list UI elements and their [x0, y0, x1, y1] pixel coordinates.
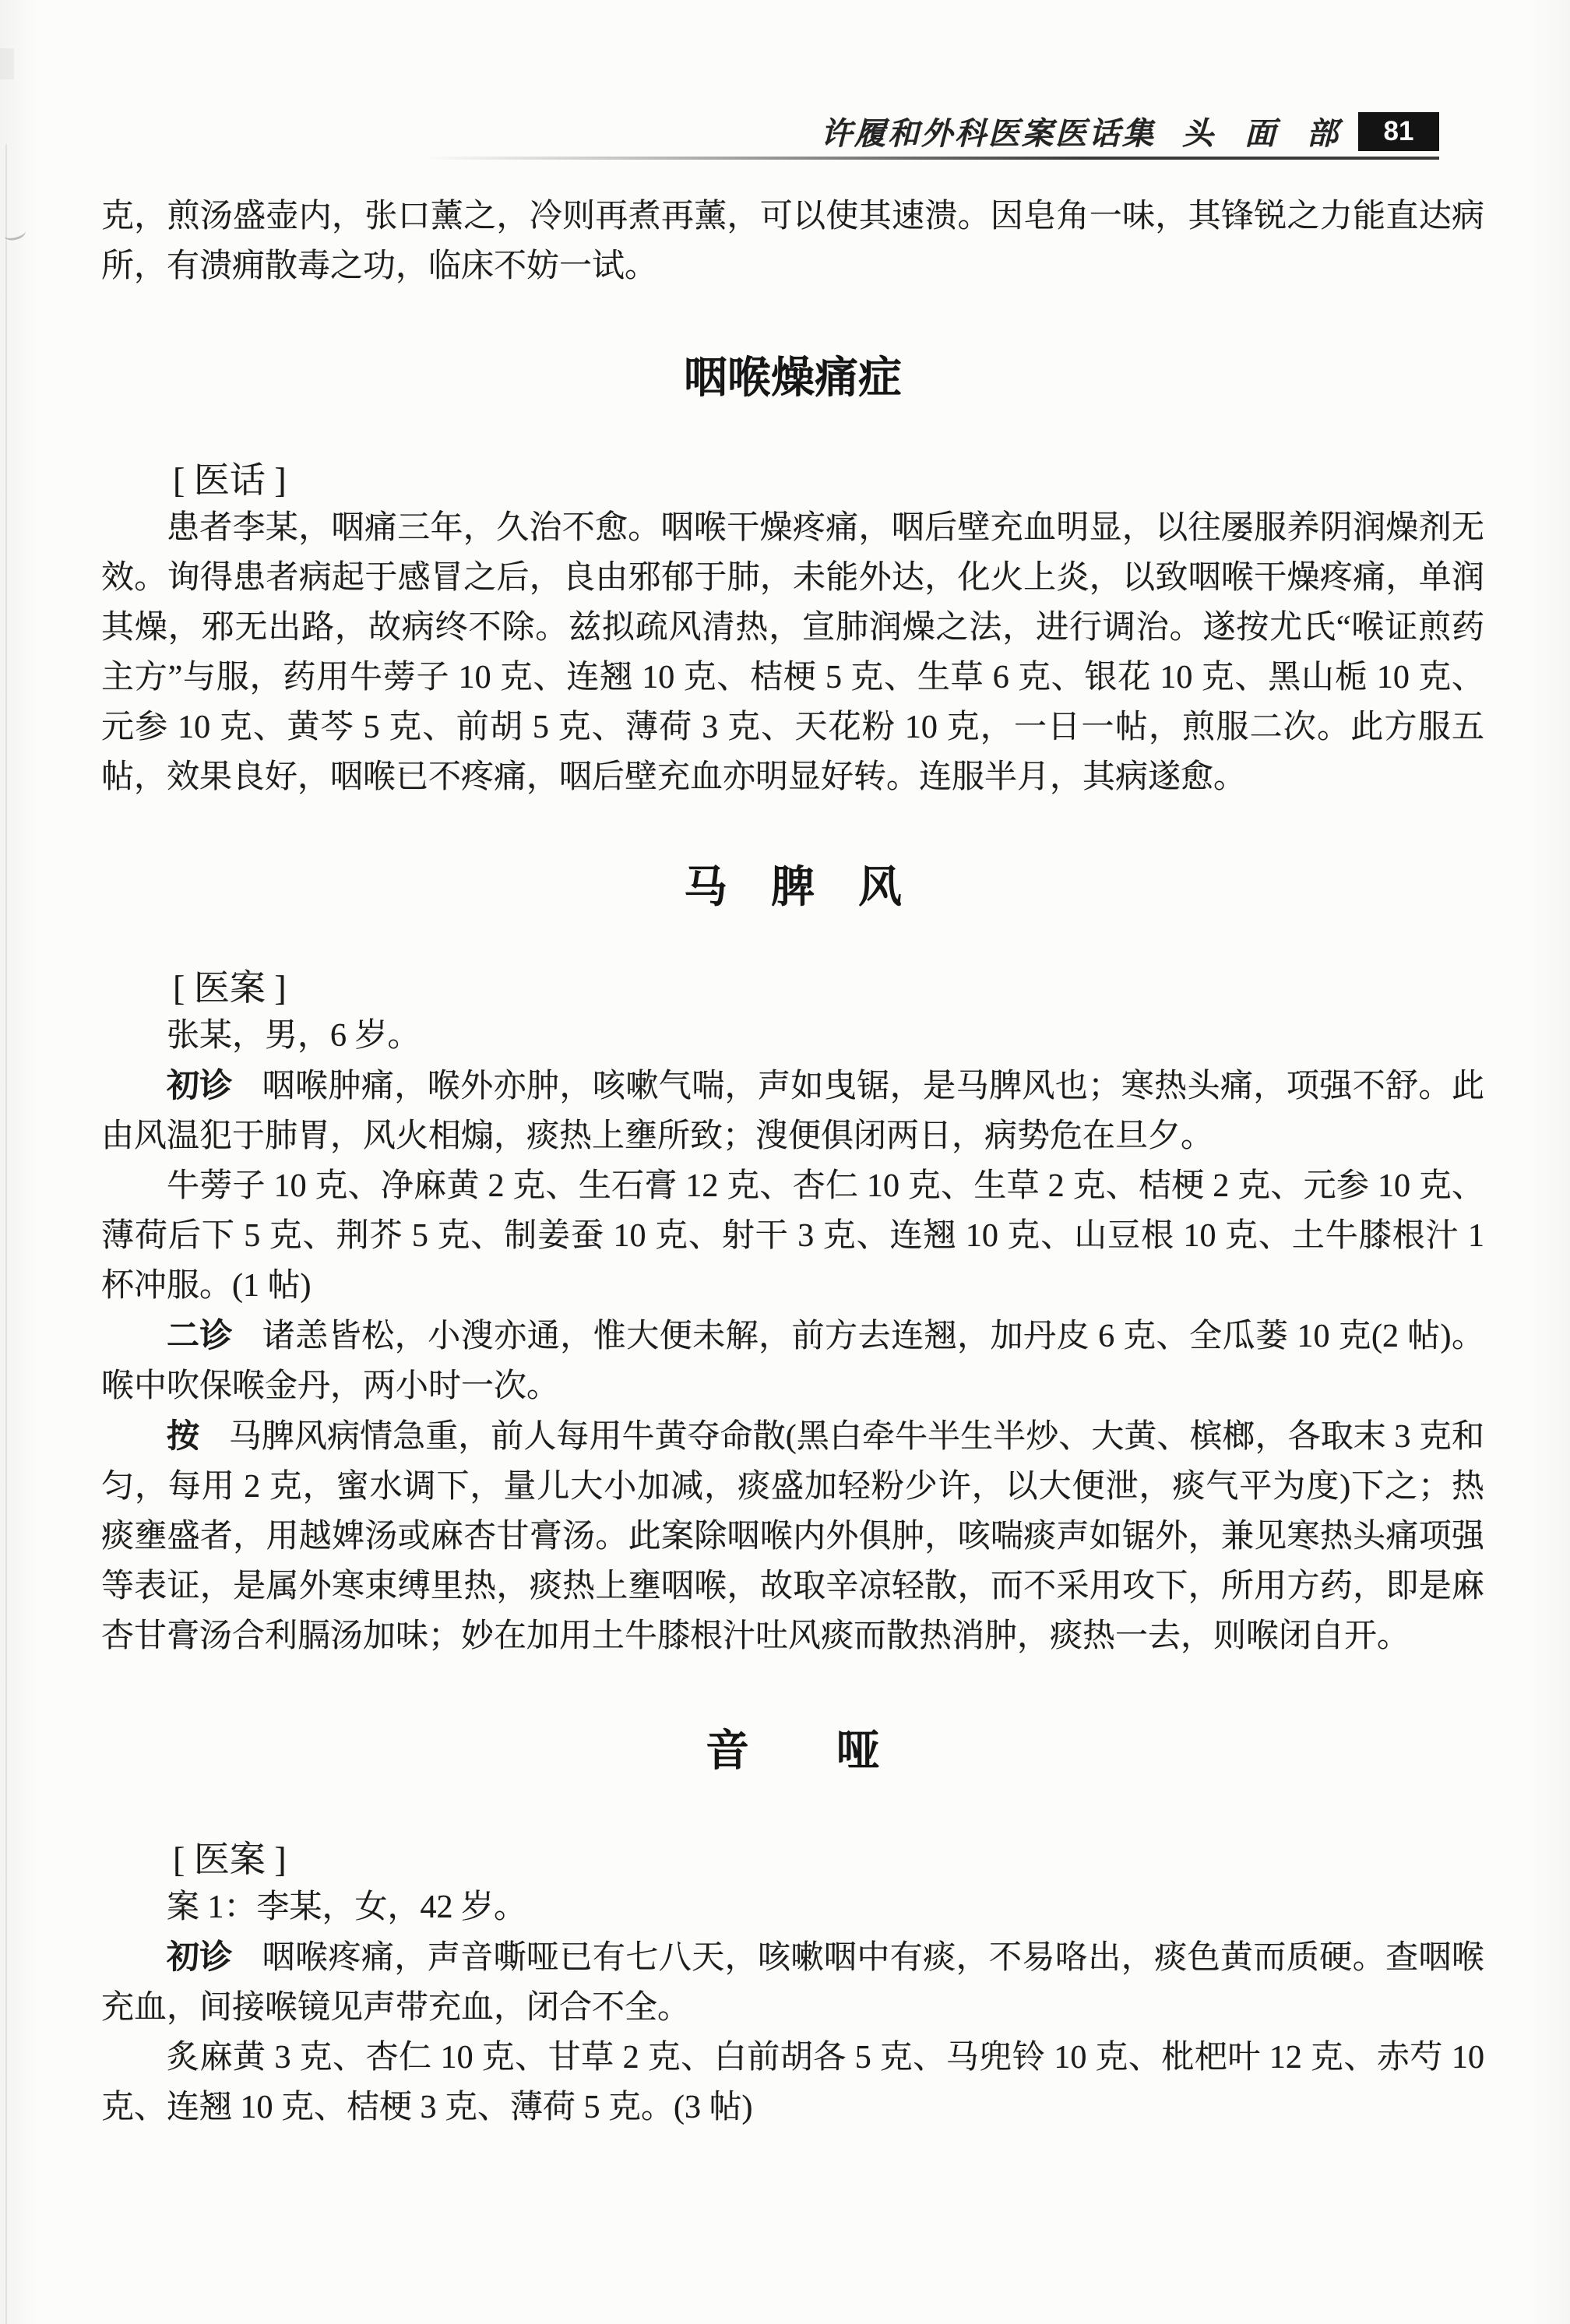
paragraph-second-visit: 二诊诸恙皆松，小溲亦通，惟大便未解，前方去连翘，加丹皮 6 克、全瓜蒌 10 克… — [101, 1311, 1484, 1411]
lead-chuzhen-1: 初诊 — [167, 1067, 233, 1104]
label-yian-1: [ 医案 ] — [173, 966, 1484, 1011]
paragraph-patient-zhang: 张某，男，6 岁。 — [101, 1011, 1484, 1061]
paragraph-first-visit-1: 初诊咽喉肿痛，喉外亦肿，咳嗽气喘，声如曳锯，是马脾风也；寒热头痛，项强不舒。此由… — [101, 1061, 1484, 1161]
heading-ma-pi-feng: 马 脾 风 — [101, 860, 1484, 914]
paragraph-commentary-an: 按马脾风病情急重，前人每用牛黄夺命散(黑白牵牛半生半炒、大黄、槟榔，各取末 3 … — [101, 1411, 1484, 1661]
paragraph-yihua-case: 患者李某，咽痛三年，久治不愈。咽喉干燥疼痛，咽后壁充血明显，以往屡服养阴润燥剂无… — [101, 503, 1484, 802]
paragraph-prescription-2: 炙麻黄 3 克、杏仁 10 克、甘草 2 克、白前胡各 5 克、马兜铃 10 克… — [101, 2033, 1484, 2132]
paragraph-first-visit-2: 初诊咽喉疼痛，声音嘶哑已有七八天，咳嗽咽中有痰，不易咯出，痰色黄而质硬。查咽喉充… — [101, 1932, 1484, 2033]
paragraph-text: 马脾风病情急重，前人每用牛黄夺命散(黑白牵牛半生半炒、大黄、槟榔，各取末 3 克… — [101, 1419, 1484, 1654]
paragraph-text: 咽喉疼痛，声音嘶哑已有七八天，咳嗽咽中有痰，不易咯出，痰色黄而质硬。查咽喉充血，… — [101, 1940, 1484, 2026]
label-yihua: [ 医话 ] — [173, 458, 1484, 503]
page-content: 克，煎汤盛壶内，张口薰之，冷则再煮再薰，可以使其速溃。因皂角一味，其锋锐之力能直… — [101, 192, 1484, 2132]
book-page: 许履和外科医案医话集 头 面 部 81 克，煎汤盛壶内，张口薰之，冷则再煮再薰，… — [0, 0, 1570, 2324]
paragraph-prescription-1: 牛蒡子 10 克、净麻黄 2 克、生石膏 12 克、杏仁 10 克、生草 2 克… — [101, 1161, 1484, 1311]
paragraph-continued-from-previous-page: 克，煎汤盛壶内，张口薰之，冷则再煮再薰，可以使其速溃。因皂角一味，其锋锐之力能直… — [101, 192, 1484, 291]
lead-an: 按 — [167, 1417, 199, 1454]
heading-yanhou-zaotong-zheng: 咽喉燥痛症 — [101, 350, 1484, 405]
paragraph-text: 诸恙皆松，小溲亦通，惟大便未解，前方去连翘，加丹皮 6 克、全瓜蒌 10 克(2… — [101, 1319, 1484, 1404]
page-number-badge: 81 — [1358, 112, 1439, 151]
lead-erzhen: 二诊 — [167, 1317, 233, 1354]
paragraph-case-1-patient-li: 案 1：李某，女，42 岁。 — [101, 1882, 1484, 1932]
heading-yin-ya: 音 哑 — [101, 1724, 1484, 1778]
scan-edge-line — [5, 144, 7, 2324]
header-rule — [424, 157, 1439, 160]
scan-blotch — [0, 48, 14, 79]
paragraph-text: 咽喉肿痛，喉外亦肿，咳嗽气喘，声如曳锯，是马脾风也；寒热头痛，项强不舒。此由风温… — [101, 1069, 1484, 1154]
label-yian-2: [ 医案 ] — [173, 1837, 1484, 1882]
section-label: 头 面 部 — [1182, 109, 1338, 153]
lead-chuzhen-2: 初诊 — [167, 1938, 233, 1975]
book-title: 许履和外科医案医话集 — [821, 109, 1156, 153]
page-header: 许履和外科医案医话集 头 面 部 81 — [821, 109, 1439, 153]
